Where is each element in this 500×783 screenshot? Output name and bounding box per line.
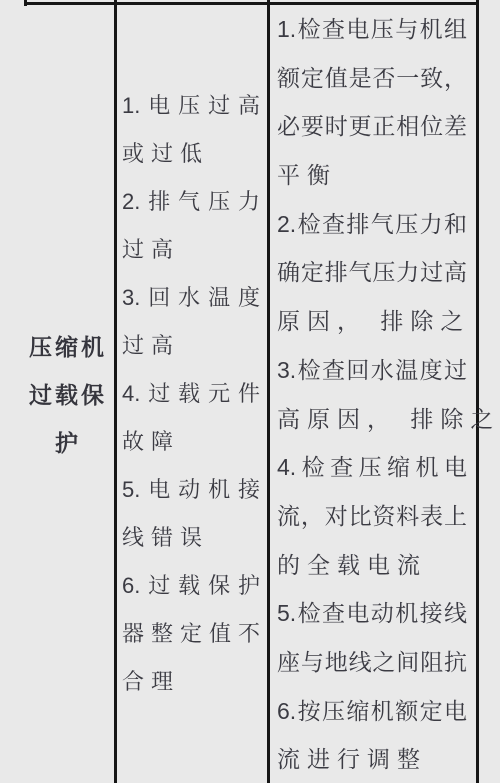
cause-line: 过高 (122, 226, 260, 274)
cause-line: 2.排气压力 (122, 178, 260, 226)
remedy-line: 确定排气压力过高 (277, 248, 467, 297)
cause-line: 合理 (122, 658, 260, 706)
remedy-line: 的全载电流 (277, 541, 467, 590)
remedy-line: 平衡 (277, 151, 467, 200)
cause-line: 6.过载保护 (122, 562, 260, 610)
remedy-line: 2.检查排气压力和 (277, 200, 467, 249)
table-left-rule-stub (24, 0, 27, 6)
fault-name-cell: 压缩机 过载保 护 (16, 323, 120, 467)
cause-line: 故障 (122, 418, 260, 466)
remedy-line: 6.按压缩机额定电 (277, 687, 467, 736)
table-vertical-rule-2 (267, 0, 270, 783)
remedy-line: 高原因， 排除之 (277, 395, 467, 444)
cause-line: 过高 (122, 322, 260, 370)
causes-cell: 1.电压过高 或过低 2.排气压力 过高 3.回水温度 过高 4.过载元件 故障… (122, 82, 260, 706)
remedy-line: 4.检查压缩机电 (277, 443, 467, 492)
remedy-line: 座与地线之间阻抗 (277, 638, 467, 687)
cause-line: 3.回水温度 (122, 274, 260, 322)
cause-line: 1.电压过高 (122, 82, 260, 130)
fault-name-line: 过载保 (16, 371, 120, 419)
remedy-line: 必要时更正相位差 (277, 102, 467, 151)
remedy-line: 原因， 排除之 (277, 297, 467, 346)
remedy-line: 1.检查电压与机组 (277, 5, 467, 54)
remedies-cell: 1.检查电压与机组 额定值是否一致， 必要时更正相位差 平衡 2.检查排气压力和… (277, 5, 467, 783)
cause-line: 5.电动机接 (122, 466, 260, 514)
remedy-line: 3.检查回水温度过 (277, 346, 467, 395)
cause-line: 或过低 (122, 130, 260, 178)
cause-line: 4.过载元件 (122, 370, 260, 418)
fault-name-line: 护 (16, 419, 120, 467)
table-right-rule (476, 0, 479, 783)
remedy-line: 流进行调整 (277, 735, 467, 783)
fault-name-line: 压缩机 (16, 323, 120, 371)
remedy-line: 流，对比资料表上 (277, 492, 467, 541)
remedy-line: 5.检查电动机接线 (277, 589, 467, 638)
cause-line: 器整定值不 (122, 610, 260, 658)
remedy-line: 额定值是否一致， (277, 54, 467, 103)
cause-line: 线错误 (122, 514, 260, 562)
troubleshooting-table: 压缩机 过载保 护 1.电压过高 或过低 2.排气压力 过高 3.回水温度 过高… (0, 0, 500, 783)
